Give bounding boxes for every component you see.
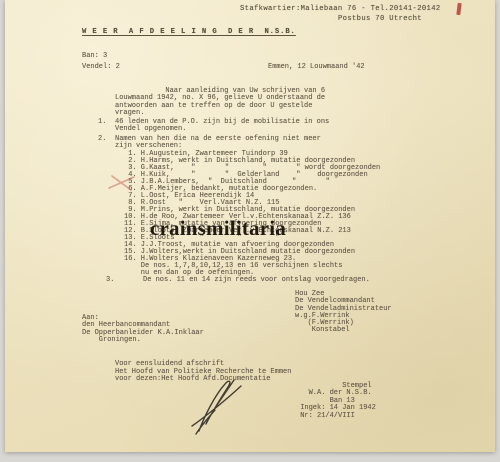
letterhead-address: Stafkwartier:Maliebaan 76 - Tel.20141-20… — [240, 6, 441, 13]
salute-signature-block: Hou Zee De Vendelcommandant De Vendeladm… — [295, 291, 392, 335]
ban-line: Ban: 3 — [82, 53, 107, 60]
point2-text: Namen van hen die na de eerste oefening … — [115, 136, 321, 151]
red-corner-mark — [456, 3, 461, 15]
scanned-document: Stafkwartier:Maliebaan 76 - Tel.20141-20… — [0, 0, 500, 462]
point1-text: 46 leden van de P.O. zijn bij de mobilis… — [115, 119, 329, 134]
signature-mark — [175, 377, 255, 435]
intro-paragraph: Naar aanleiding van Uw schrijven van 6 L… — [115, 88, 325, 117]
names-list: 1. H.Augustein, Zwartemeer Tuindorp 39 2… — [124, 151, 380, 277]
recipient-address-block: Aan: den Heerbancommandant De Opperbanle… — [82, 315, 204, 344]
point1-number: 1. — [98, 119, 106, 126]
point3-number: 3. — [106, 277, 114, 284]
dateline: Emmen, 12 Louwmaand '42 — [268, 64, 365, 71]
point3-text: De nos. 11 en 14 zijn reeds voor ontslag… — [143, 277, 370, 284]
vendel-line: Vendel: 2 — [82, 64, 120, 71]
point2-number: 2. — [98, 136, 106, 143]
document-page: Stafkwartier:Maliebaan 76 - Tel.20141-20… — [5, 0, 495, 452]
watermark-text: crainsmilitaria — [150, 216, 286, 241]
stamp-registration-block: Stempel W.A. der N.S.B. Ban 13 Ingek: 14… — [296, 383, 376, 420]
document-title: W E E R A F D E E L I N G D E R N.S.B. — [82, 29, 296, 36]
red-x-mark — [108, 175, 136, 191]
letterhead-postbus: Postbus 70 Utrecht — [338, 16, 422, 23]
